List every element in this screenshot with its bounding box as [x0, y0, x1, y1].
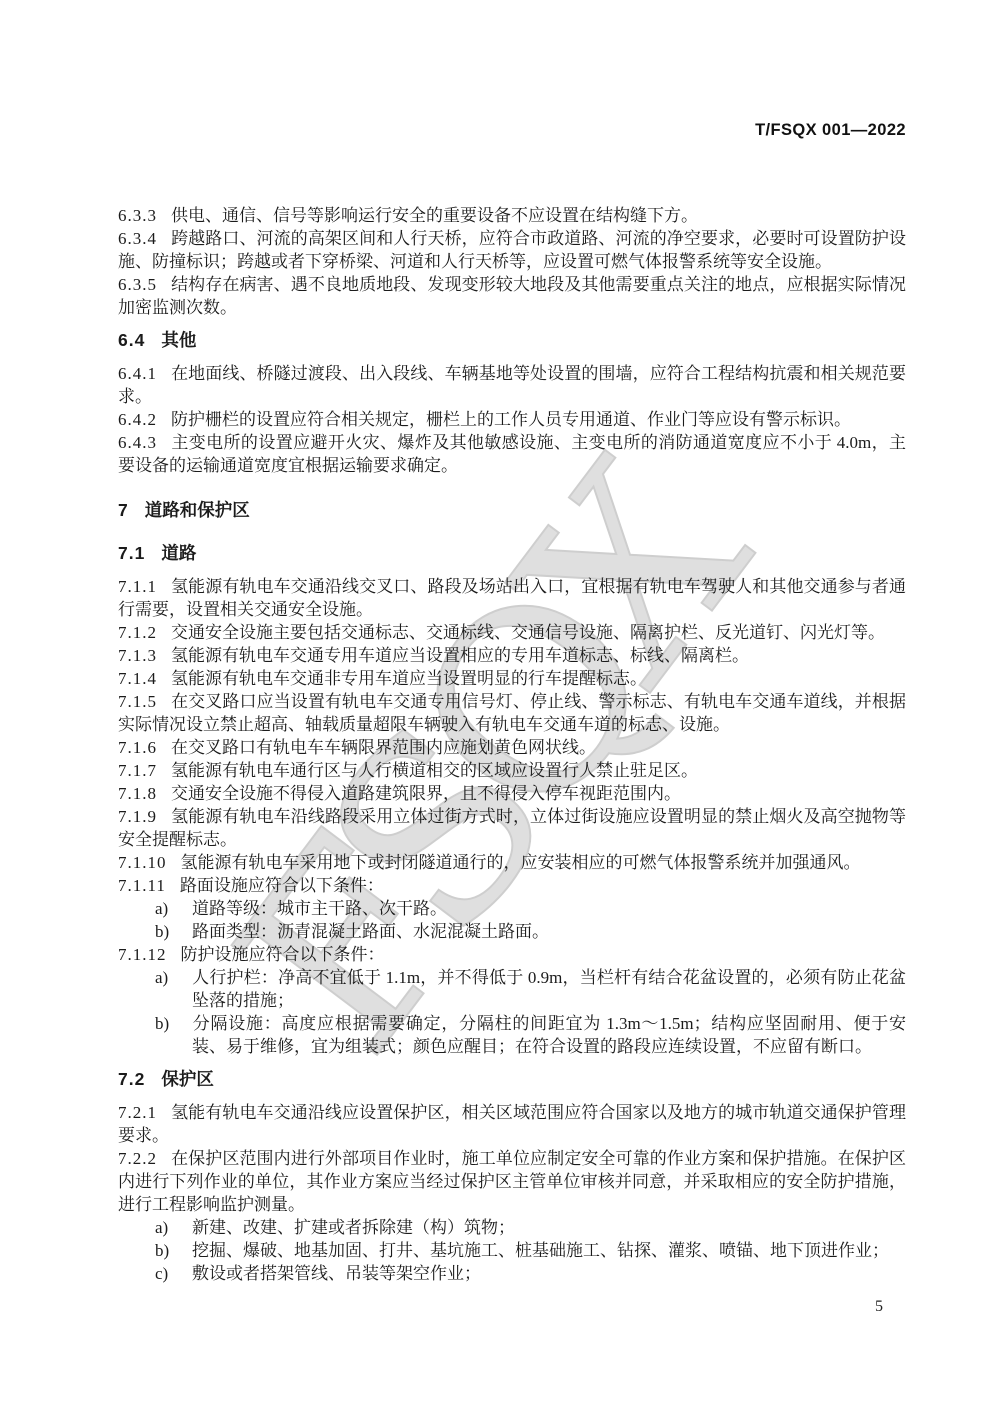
- clause-number: 7.1.1: [118, 577, 157, 596]
- clause-text: 防护栅栏的设置应符合相关规定，栅栏上的工作人员专用通道、作业门等应设有警示标识。: [171, 410, 851, 429]
- clause-number: 7.1.7: [118, 761, 157, 780]
- section-heading: 7.1道路: [118, 542, 906, 565]
- clause-number: 7.1.11: [118, 876, 166, 895]
- clause-paragraph: 7.1.4氢能源有轨电车交通非专用车道应当设置明显的行车提醒标志。: [118, 667, 906, 690]
- item-marker: a): [155, 897, 192, 920]
- clause-text: 供电、通信、信号等影响运行安全的重要设备不应设置在结构缝下方。: [171, 206, 698, 225]
- clause-text: 路面设施应符合以下条件：: [180, 876, 384, 895]
- clause-number: 7.1.9: [118, 807, 157, 826]
- clause-paragraph: 6.3.4跨越路口、河流的高架区间和人行天桥，应符合市政道路、河流的净空要求，必…: [118, 227, 906, 273]
- clause-text: 新建、改建、扩建或者拆除建（构）筑物；: [192, 1218, 515, 1237]
- clause-text: 结构存在病害、遇不良地质地段、发现变形较大地段及其他需要重点关注的地点，应根据实…: [118, 275, 906, 317]
- clause-text: 道路等级：城市主干路、次干路。: [192, 899, 447, 918]
- clause-text: 氢能源有轨电车交通沿线交叉口、路段及场站出入口，宜根据有轨电车驾驶人和其他交通参…: [118, 577, 906, 619]
- clause-number: 6.4.2: [118, 410, 157, 429]
- clause-paragraph: 7.1.11路面设施应符合以下条件：: [118, 874, 906, 897]
- clause-paragraph: 7.1.10氢能源有轨电车采用地下或封闭隧道通行的，应安装相应的可燃气体报警系统…: [118, 851, 906, 874]
- clause-number: 7.1.8: [118, 784, 157, 803]
- clause-paragraph: 7.2.1氢能有轨电车交通沿线应设置保护区，相关区域范围应符合国家以及地方的城市…: [118, 1101, 906, 1147]
- clause-number: 7.1.10: [118, 853, 167, 872]
- clause-paragraph: 6.4.1在地面线、桥隧过渡段、出入段线、车辆基地等处设置的围墙，应符合工程结构…: [118, 362, 906, 408]
- clause-number: 7: [118, 500, 129, 520]
- heading-text: 其他: [161, 330, 196, 350]
- clause-paragraph: 6.4.3主变电所的设置应避开火灾、爆炸及其他敏感设施、主变电所的消防通道宽度应…: [118, 431, 906, 477]
- clause-text: 敷设或者搭架管线、吊装等架空作业；: [192, 1264, 481, 1283]
- page-number: 5: [875, 1298, 883, 1316]
- clause-number: 6.4.1: [118, 364, 157, 383]
- clause-paragraph: 7.1.3氢能源有轨电车交通专用车道应当设置相应的专用车道标志、标线、隔离栏。: [118, 644, 906, 667]
- clause-number: 6.4: [118, 330, 145, 350]
- clause-number: 7.2: [118, 1069, 145, 1089]
- list-item: a)新建、改建、扩建或者拆除建（构）筑物；: [118, 1216, 906, 1239]
- clause-number: 6.4.3: [118, 433, 157, 452]
- clause-number: 7.1: [118, 543, 145, 563]
- clause-paragraph: 6.3.3供电、通信、信号等影响运行安全的重要设备不应设置在结构缝下方。: [118, 204, 906, 227]
- clause-paragraph: 7.1.8交通安全设施不得侵入道路建筑限界，且不得侵入停车视距范围内。: [118, 782, 906, 805]
- clause-number: 6.3.4: [118, 229, 157, 248]
- clause-text: 氢能源有轨电车通行区与人行横道相交的区域应设置行人禁止驻足区。: [171, 761, 698, 780]
- clause-paragraph: 6.3.5结构存在病害、遇不良地质地段、发现变形较大地段及其他需要重点关注的地点…: [118, 273, 906, 319]
- document-page: FSQX T/FSQX 001—2022 6.3.3供电、通信、信号等影响运行安…: [0, 0, 1000, 1414]
- clause-paragraph: 7.1.2交通安全设施主要包括交通标志、交通标线、交通信号设施、隔离护栏、反光道…: [118, 621, 906, 644]
- clause-text: 在交叉路口应当设置有轨电车交通专用信号灯、停止线、警示标志、有轨电车交通车道线，…: [118, 692, 906, 734]
- document-body: 6.3.3供电、通信、信号等影响运行安全的重要设备不应设置在结构缝下方。6.3.…: [118, 204, 906, 1285]
- clause-paragraph: 6.4.2防护栅栏的设置应符合相关规定，栅栏上的工作人员专用通道、作业门等应设有…: [118, 408, 906, 431]
- item-marker: a): [155, 966, 192, 989]
- clause-paragraph: 7.1.1氢能源有轨电车交通沿线交叉口、路段及场站出入口，宜根据有轨电车驾驶人和…: [118, 575, 906, 621]
- clause-paragraph: 7.1.6在交叉路口有轨电车车辆限界范围内应施划黄色网状线。: [118, 736, 906, 759]
- clause-number: 6.3.3: [118, 206, 157, 225]
- clause-paragraph: 7.1.5在交叉路口应当设置有轨电车交通专用信号灯、停止线、警示标志、有轨电车交…: [118, 690, 906, 736]
- clause-text: 在保护区范围内进行外部项目作业时，施工单位应制定安全可靠的作业方案和保护措施。在…: [118, 1149, 906, 1214]
- section-heading: 7.2保护区: [118, 1068, 906, 1091]
- heading-text: 保护区: [161, 1069, 214, 1089]
- clause-text: 氢能源有轨电车沿线路段采用立体过街方式时，立体过街设施应设置明显的禁止烟火及高空…: [118, 807, 906, 849]
- clause-paragraph: 7.1.9氢能源有轨电车沿线路段采用立体过街方式时，立体过街设施应设置明显的禁止…: [118, 805, 906, 851]
- item-marker: b): [155, 920, 192, 943]
- clause-text: 氢能源有轨电车交通非专用车道应当设置明显的行车提醒标志。: [171, 669, 647, 688]
- clause-number: 7.1.12: [118, 945, 167, 964]
- clause-number: 7.2.2: [118, 1149, 157, 1168]
- clause-text: 挖掘、爆破、地基加固、打井、基坑施工、桩基础施工、钻探、灌浆、喷锚、地下顶进作业…: [192, 1241, 889, 1260]
- clause-number: 7.1.3: [118, 646, 157, 665]
- clause-paragraph: 7.1.7氢能源有轨电车通行区与人行横道相交的区域应设置行人禁止驻足区。: [118, 759, 906, 782]
- section-heading: 7道路和保护区: [118, 499, 906, 522]
- item-marker: c): [155, 1262, 192, 1285]
- clause-number: 7.1.6: [118, 738, 157, 757]
- clause-text: 分隔设施：高度应根据需要确定，分隔柱的间距宜为 1.3m～1.5m；结构应坚固耐…: [192, 1014, 906, 1056]
- item-marker: b): [155, 1012, 192, 1035]
- clause-text: 在交叉路口有轨电车车辆限界范围内应施划黄色网状线。: [171, 738, 596, 757]
- clause-text: 交通安全设施不得侵入道路建筑限界，且不得侵入停车视距范围内。: [171, 784, 681, 803]
- section-heading: 6.4其他: [118, 329, 906, 352]
- list-item: c)敷设或者搭架管线、吊装等架空作业；: [118, 1262, 906, 1285]
- heading-text: 道路和保护区: [145, 500, 250, 520]
- clause-number: 6.3.5: [118, 275, 157, 294]
- clause-text: 跨越路口、河流的高架区间和人行天桥，应符合市政道路、河流的净空要求，必要时可设置…: [118, 229, 906, 271]
- clause-text: 交通安全设施主要包括交通标志、交通标线、交通信号设施、隔离护栏、反光道钉、闪光灯…: [171, 623, 885, 642]
- clause-number: 7.2.1: [118, 1103, 157, 1122]
- clause-text: 在地面线、桥隧过渡段、出入段线、车辆基地等处设置的围墙，应符合工程结构抗震和相关…: [118, 364, 906, 406]
- standard-code-header: T/FSQX 001—2022: [755, 121, 906, 140]
- clause-text: 人行护栏：净高不宜低于 1.1m，并不得低于 0.9m，当栏杆有结合花盆设置的，…: [192, 968, 906, 1010]
- clause-text: 防护设施应符合以下条件：: [181, 945, 385, 964]
- clause-text: 路面类型：沥青混凝土路面、水泥混凝土路面。: [192, 922, 549, 941]
- clause-text: 氢能有轨电车交通沿线应设置保护区，相关区域范围应符合国家以及地方的城市轨道交通保…: [118, 1103, 906, 1145]
- item-marker: b): [155, 1239, 192, 1262]
- item-marker: a): [155, 1216, 192, 1239]
- clause-text: 主变电所的设置应避开火灾、爆炸及其他敏感设施、主变电所的消防通道宽度应不小于 4…: [118, 433, 906, 475]
- clause-paragraph: 7.1.12防护设施应符合以下条件：: [118, 943, 906, 966]
- list-item: a)道路等级：城市主干路、次干路。: [118, 897, 906, 920]
- list-item: b)路面类型：沥青混凝土路面、水泥混凝土路面。: [118, 920, 906, 943]
- clause-text: 氢能源有轨电车采用地下或封闭隧道通行的，应安装相应的可燃气体报警系统并加强通风。: [181, 853, 861, 872]
- clause-number: 7.1.2: [118, 623, 157, 642]
- clause-paragraph: 7.2.2在保护区范围内进行外部项目作业时，施工单位应制定安全可靠的作业方案和保…: [118, 1147, 906, 1216]
- list-item: a)人行护栏：净高不宜低于 1.1m，并不得低于 0.9m，当栏杆有结合花盆设置…: [118, 966, 906, 1012]
- clause-text: 氢能源有轨电车交通专用车道应当设置相应的专用车道标志、标线、隔离栏。: [171, 646, 749, 665]
- clause-number: 7.1.4: [118, 669, 157, 688]
- clause-number: 7.1.5: [118, 692, 157, 711]
- list-item: b)挖掘、爆破、地基加固、打井、基坑施工、桩基础施工、钻探、灌浆、喷锚、地下顶进…: [118, 1239, 906, 1262]
- heading-text: 道路: [161, 543, 196, 563]
- list-item: b)分隔设施：高度应根据需要确定，分隔柱的间距宜为 1.3m～1.5m；结构应坚…: [118, 1012, 906, 1058]
